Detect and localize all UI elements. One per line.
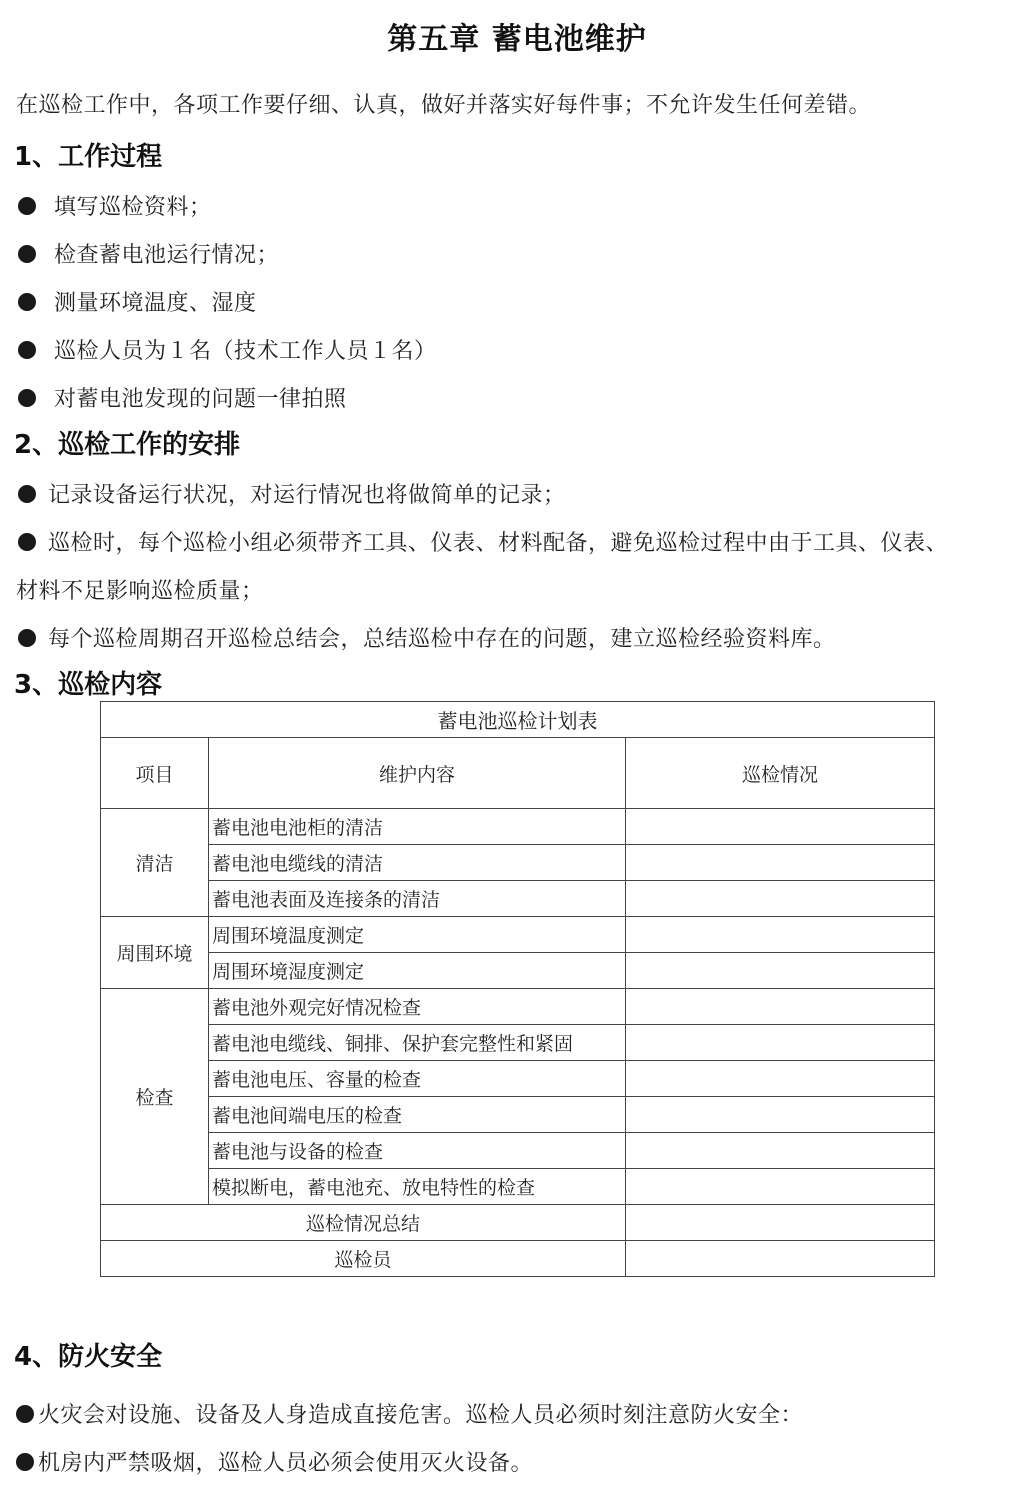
bullet-icon [16,1453,34,1471]
section-heading-inspection-arrangement: 2、巡检工作的安排 [14,424,240,461]
maintenance-item: 周围环境温度测定 [209,917,626,953]
inspector-cell[interactable] [626,1241,935,1277]
bullet-item: 测量环境温度、湿度 [18,286,257,317]
column-header-item: 项目 [101,738,209,809]
bullet-item: 检查蓄电池运行情况； [18,238,279,269]
summary-cell[interactable] [626,1205,935,1241]
bullet-icon [18,245,36,263]
bullet-item: 对蓄电池发现的问题一律拍照 [18,382,347,413]
status-cell[interactable] [626,1133,935,1169]
bullet-icon [18,389,36,407]
table-row: 周围环境 周围环境温度测定 [101,917,935,953]
section-heading-work-process: 1、工作过程 [14,136,162,173]
table-row: 蓄电池表面及连接条的清洁 [101,881,935,917]
bullet-icon [18,485,36,503]
category-cell: 周围环境 [101,917,209,989]
status-cell[interactable] [626,1061,935,1097]
battery-inspection-plan-table: 蓄电池巡检计划表 项目 维护内容 巡检情况 清洁 蓄电池电池柜的清洁 蓄电池电缆… [100,701,935,1277]
bullet-item: 火灾会对设施、设备及人身造成直接危害。巡检人员必须时刻注意防火安全： [16,1398,803,1429]
table-row: 模拟断电，蓄电池充、放电特性的检查 [101,1169,935,1205]
status-cell[interactable] [626,1025,935,1061]
maintenance-item: 周围环境湿度测定 [209,953,626,989]
maintenance-item: 蓄电池电缆线的清洁 [209,845,626,881]
column-header-status: 巡检情况 [626,738,935,809]
status-cell[interactable] [626,1169,935,1205]
bullet-icon [18,293,36,311]
category-cell: 清洁 [101,809,209,917]
maintenance-item: 蓄电池表面及连接条的清洁 [209,881,626,917]
category-cell: 检查 [101,989,209,1205]
table-row: 周围环境湿度测定 [101,953,935,989]
table-caption: 蓄电池巡检计划表 [101,702,935,738]
bullet-icon [18,629,36,647]
section-heading-fire-safety: 4、防火安全 [14,1336,162,1373]
inspector-label: 巡检员 [101,1241,626,1277]
chapter-title: 第五章 蓄电池维护 [0,14,1034,58]
bullet-item: 每个巡检周期召开巡检总结会，总结巡检中存在的问题，建立巡检经验资料库。 [18,622,836,653]
table-row: 蓄电池间端电压的检查 [101,1097,935,1133]
maintenance-item: 蓄电池间端电压的检查 [209,1097,626,1133]
bullet-continuation: 材料不足影响巡检质量； [16,574,264,605]
status-cell[interactable] [626,845,935,881]
status-cell[interactable] [626,953,935,989]
bullet-icon [16,1405,34,1423]
table-row-summary: 巡检情况总结 [101,1205,935,1241]
maintenance-item: 蓄电池外观完好情况检查 [209,989,626,1025]
table-caption-row: 蓄电池巡检计划表 [101,702,935,738]
table-header-row: 项目 维护内容 巡检情况 [101,738,935,809]
status-cell[interactable] [626,881,935,917]
maintenance-item: 蓄电池电池柜的清洁 [209,809,626,845]
column-header-maintenance: 维护内容 [209,738,626,809]
bullet-item: 机房内严禁吸烟，巡检人员必须会使用灭火设备。 [16,1446,533,1477]
status-cell[interactable] [626,809,935,845]
status-cell[interactable] [626,917,935,953]
bullet-icon [18,197,36,215]
status-cell[interactable] [626,1097,935,1133]
maintenance-item: 模拟断电，蓄电池充、放电特性的检查 [209,1169,626,1205]
table-row: 蓄电池电缆线、铜排、保护套完整性和紧固 [101,1025,935,1061]
table-row: 清洁 蓄电池电池柜的清洁 [101,809,935,845]
maintenance-item: 蓄电池与设备的检查 [209,1133,626,1169]
intro-paragraph: 在巡检工作中，各项工作要仔细、认真，做好并落实好每件事；不允许发生任何差错。 [16,88,871,119]
table-row: 蓄电池电压、容量的检查 [101,1061,935,1097]
section-heading-inspection-content: 3、巡检内容 [14,664,162,701]
summary-label: 巡检情况总结 [101,1205,626,1241]
bullet-item: 巡检时，每个巡检小组必须带齐工具、仪表、材料配备，避免巡检过程中由于工具、仪表、 [18,526,948,557]
bullet-item: 巡检人员为１名（技术工作人员１名） [18,334,437,365]
table-row: 蓄电池与设备的检查 [101,1133,935,1169]
table-row: 蓄电池电缆线的清洁 [101,845,935,881]
status-cell[interactable] [626,989,935,1025]
table-row: 检查 蓄电池外观完好情况检查 [101,989,935,1025]
maintenance-item: 蓄电池电压、容量的检查 [209,1061,626,1097]
bullet-item: 填写巡检资料； [18,190,212,221]
bullet-icon [18,341,36,359]
bullet-icon [18,533,36,551]
maintenance-item: 蓄电池电缆线、铜排、保护套完整性和紧固 [209,1025,626,1061]
bullet-item: 记录设备运行状况，对运行情况也将做简单的记录； [18,478,566,509]
table-row-inspector: 巡检员 [101,1241,935,1277]
